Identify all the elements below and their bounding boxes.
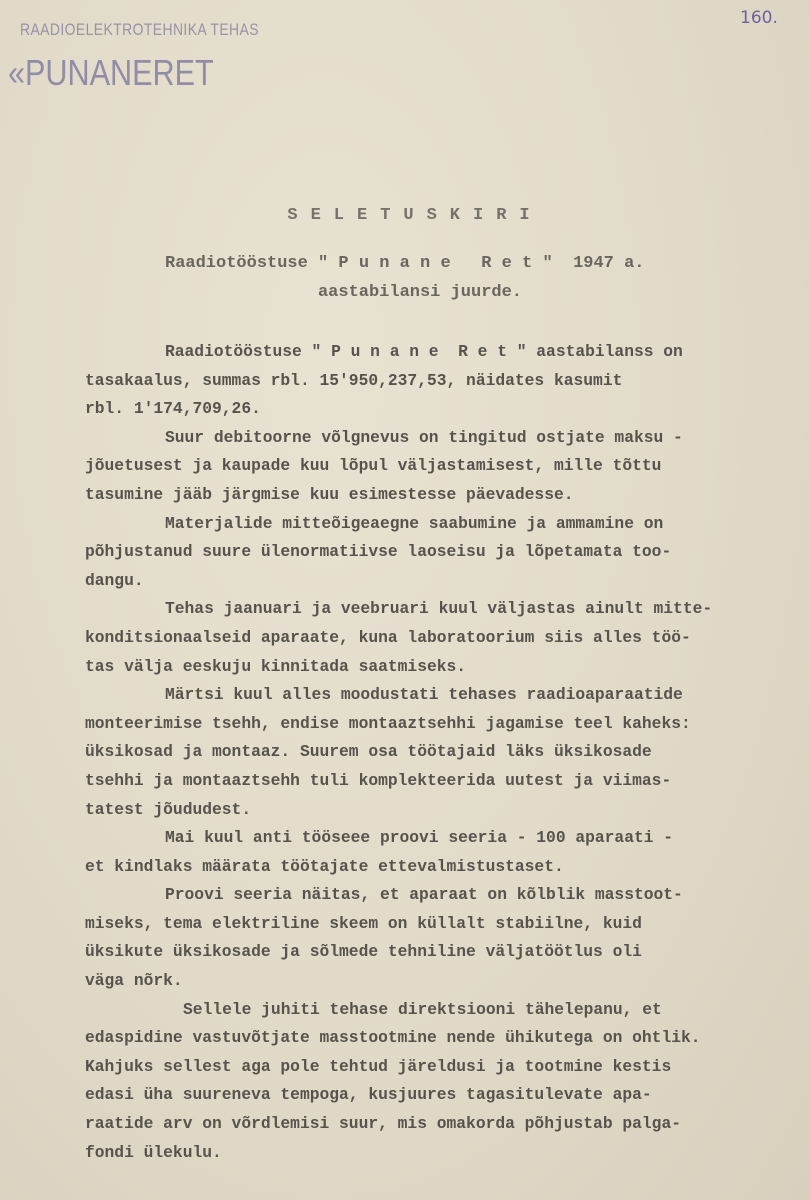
paragraph: Märtsi kuul alles moodustati tehases raa…	[85, 681, 810, 824]
paragraph-line: edasi üha suureneva tempoga, kusjuures t…	[85, 1081, 810, 1110]
paragraph-line: Proovi seeria näitas, et aparaat on kõlb…	[85, 881, 810, 910]
paragraph: Materjalide mitteõigeaegne saabumine ja …	[85, 510, 810, 596]
paragraph-line: edaspidine vastuvõtjate masstootmine nen…	[85, 1024, 810, 1053]
paragraph-line: Raadiotööstuse " P u n a n e R e t " aas…	[85, 338, 810, 367]
paragraph-line: jõuetusest ja kaupade kuu lõpul väljasta…	[85, 452, 810, 481]
paragraph-line: Märtsi kuul alles moodustati tehases raa…	[85, 681, 810, 710]
paragraph-line: Mai kuul anti tööseee proovi seeria - 10…	[85, 824, 810, 853]
paragraph-line: tasakaalus, summas rbl. 15'950,237,53, n…	[85, 367, 810, 396]
paragraph-line: Tehas jaanuari ja veebruari kuul väljast…	[85, 595, 810, 624]
paragraph-line: fondi ülekulu.	[85, 1139, 810, 1168]
paragraph-line: tas välja eeskuju kinnitada saatmiseks.	[85, 653, 810, 682]
paragraph-line: üksikosad ja montaaz. Suurem osa töötaja…	[85, 738, 810, 767]
paragraph-line: Materjalide mitteõigeaegne saabumine ja …	[85, 510, 810, 539]
stamp-line-name: «PUNANERET	[8, 52, 214, 94]
paragraph-line: monteerimise tsehh, endise montaaztsehhi…	[85, 710, 810, 739]
paragraph-line: miseks, tema elektriline skeem on küllal…	[85, 910, 810, 939]
paragraph-line: Suur debitoorne võlgnevus on tingitud os…	[85, 424, 810, 453]
paragraph-line: dangu.	[85, 567, 810, 596]
paragraph-line: konditsionaalseid aparaate, kuna laborat…	[85, 624, 810, 653]
paragraph-line: väga nõrk.	[85, 967, 810, 996]
folio-number: 160.	[740, 8, 778, 28]
paragraph-line: raatide arv on võrdlemisi suur, mis omak…	[85, 1110, 810, 1139]
paragraph-line: et kindlaks määrata töötajate ettevalmis…	[85, 853, 810, 882]
paragraph-line: üksikute üksikosade ja sõlmede tehniline…	[85, 938, 810, 967]
document-title: SELETUSKIRI	[0, 206, 810, 225]
paragraph: Sellele juhiti tehase direktsiooni tähel…	[85, 996, 810, 1168]
paragraph-line: Kahjuks sellest aga pole tehtud järeldus…	[85, 1053, 810, 1082]
stamp-line-factory: RAADIOELEKTROTEHNIKA TEHAS	[20, 20, 259, 40]
paragraph: Raadiotööstuse " P u n a n e R e t " aas…	[85, 338, 810, 424]
document-subtitle-line1: Raadiotööstuse " P u n a n e R e t " 194…	[165, 254, 644, 273]
document-subtitle-line2: aastabilansi juurde.	[0, 283, 810, 302]
document-body: Raadiotööstuse " P u n a n e R e t " aas…	[85, 338, 810, 1167]
paragraph-line: põhjustanud suure ülenormatiivse laoseis…	[85, 538, 810, 567]
paragraph: Mai kuul anti tööseee proovi seeria - 10…	[85, 824, 810, 881]
paragraph: Tehas jaanuari ja veebruari kuul väljast…	[85, 595, 810, 681]
paragraph-line: tatest jõududest.	[85, 796, 810, 825]
paragraph-line: Sellele juhiti tehase direktsiooni tähel…	[85, 996, 810, 1025]
paragraph-line: tsehhi ja montaaztsehh tuli komplekteeri…	[85, 767, 810, 796]
paragraph-line: tasumine jääb järgmise kuu esimestesse p…	[85, 481, 810, 510]
paragraph-line: rbl. 1'174,709,26.	[85, 395, 810, 424]
paragraph: Proovi seeria näitas, et aparaat on kõlb…	[85, 881, 810, 995]
paragraph: Suur debitoorne võlgnevus on tingitud os…	[85, 424, 810, 510]
